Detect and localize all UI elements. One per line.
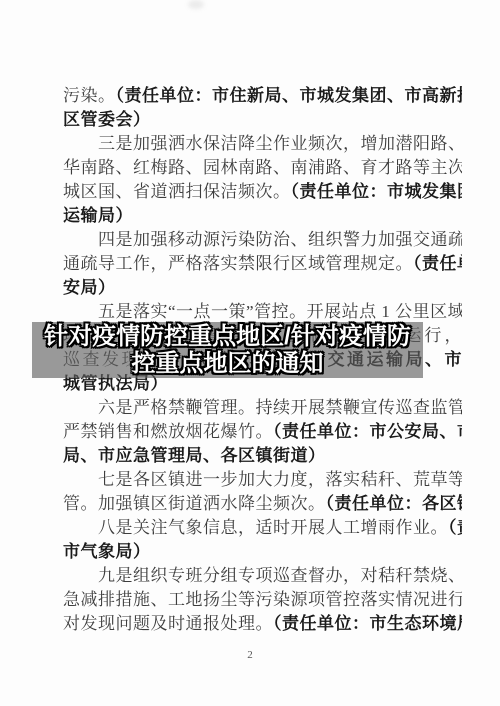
text-line: 污染。（责任单位：市住新局、市城发集团、市高新投、市高新 [63, 84, 462, 108]
text-line: 管。加强镇区街道洒水降尘频次。（责任单位：各区镇街道办） [63, 492, 462, 516]
text-segment: 六是严格禁鞭管理。持续开展禁鞭宣传巡查监管，禁鞭区内 [98, 398, 462, 417]
text-segment: 八是关注气象信息，适时开展人工增雨作业。 [98, 518, 448, 537]
text-segment: 急减排措施、工地扬尘等污染源项管控落实情况进行巡查检查， [63, 590, 462, 609]
text-line: 八是关注气象信息，适时开展人工增雨作业。（责任单位： [63, 516, 462, 540]
responsible-unit-text: （责任单位：市生态环境局） [273, 614, 462, 633]
responsible-unit-text: 运输局） [63, 206, 133, 225]
page-number: 2 [0, 649, 500, 661]
responsible-unit-text: 区管委会） [63, 110, 151, 129]
responsible-unit-text: 市气象局） [63, 542, 151, 561]
responsible-unit-text: （责任单位：市住新局、市城发集团、市高新投、市高新 [116, 86, 463, 105]
responsible-unit-text: 安局） [63, 278, 116, 297]
text-line: 四是加强移动源污染防治、组织警力加强交通疏导，做好交 [63, 228, 462, 252]
text-segment: 通疏导工作，严格落实禁限行区域管理规定。 [63, 254, 413, 273]
text-line: 区管委会） [63, 108, 462, 132]
scan-smudge [188, 0, 204, 9]
text-line: 六是严格禁鞭管理。持续开展禁鞭宣传巡查监管，禁鞭区内 [63, 396, 462, 420]
text-line: 城区国、省道洒扫保洁频次。（责任单位：市城发集团、市交通 [63, 180, 462, 204]
scanned-document-page: 污染。（责任单位：市住新局、市城发集团、市高新投、市高新 区管委会） 三是加强洒… [0, 0, 500, 706]
article-title-overlay: 针对疫情防控重点地区/针对疫情防 控重点地区的通知 [32, 322, 423, 378]
text-segment: 三是加强洒水保洁降尘作业频次，增加潜阳路、泰丰路、章 [98, 134, 462, 153]
text-segment: 四是加强移动源污染防治、组织警力加强交通疏导，做好交 [98, 230, 462, 249]
responsible-unit-text: （责任单位：各区镇街道办） [326, 494, 463, 513]
text-line: 三是加强洒水保洁降尘作业频次，增加潜阳路、泰丰路、章 [63, 132, 462, 156]
text-segment: 城区国、省道洒扫保洁频次。 [63, 182, 291, 201]
text-line: 局、市应急管理局、各区镇街道） [63, 444, 462, 468]
article-title-line2: 控重点地区的通知 [132, 350, 324, 377]
text-segment: 七是各区镇进一步加大力度，落实秸秆、荒草等露天焚烧监 [98, 470, 462, 489]
text-line: 九是组织专班分组专项巡查督办，对秸秆禁烧、工业企业应 [63, 564, 462, 588]
responsible-unit-text: （责任单位：市城发集团、市交通 [291, 182, 463, 201]
text-line: 华南路、红梅路、园林南路、南浦路、育才路等主次干道、邻主 [63, 156, 462, 180]
text-segment: 对发现问题及时通报处理。 [63, 614, 273, 633]
text-line: 七是各区镇进一步加大力度，落实秸秆、荒草等露天焚烧监 [63, 468, 462, 492]
text-line: 通疏导工作，严格落实禁限行区域管理规定。（责任单位：市公 [63, 252, 462, 276]
text-segment: 污染。 [63, 86, 116, 105]
text-line: 急减排措施、工地扬尘等污染源项管控落实情况进行巡查检查， [63, 588, 462, 612]
text-line: 市气象局） [63, 540, 462, 564]
text-line: 严禁销售和燃放烟花爆竹。（责任单位：市公安局、市市场监管 [63, 420, 462, 444]
text-line: 五是落实“一点一策”管控。开展站点 1 公里区域内汽车修 [63, 300, 462, 324]
responsible-unit-text: （责任单位：市公 [413, 254, 462, 273]
responsible-unit-text: （责任单位： [448, 518, 462, 537]
text-segment: 五是落实“一点一策”管控。开展站点 1 公里区域内汽车修 [98, 302, 462, 321]
text-line: 对发现问题及时通报处理。（责任单位：市生态环境局） [63, 612, 462, 636]
responsible-unit-text: （责任单位：市公安局、市市场监管 [273, 422, 462, 441]
text-segment: 华南路、红梅路、园林南路、南浦路、育才路等主次干道、邻主 [63, 158, 462, 177]
text-line: 安局） [63, 276, 462, 300]
text-segment: 管。加强镇区街道洒水降尘频次。 [63, 494, 326, 513]
responsible-unit-text: 局、市应急管理局、各区镇街道） [63, 446, 326, 465]
text-segment: 九是组织专班分组专项巡查督办，对秸秆禁烧、工业企业应 [98, 566, 462, 585]
text-segment: 严禁销售和燃放烟花爆竹。 [63, 422, 273, 441]
article-title-line1: 针对疫情防控重点地区/针对疫情防 [44, 323, 411, 350]
text-line: 运输局） [63, 204, 462, 228]
